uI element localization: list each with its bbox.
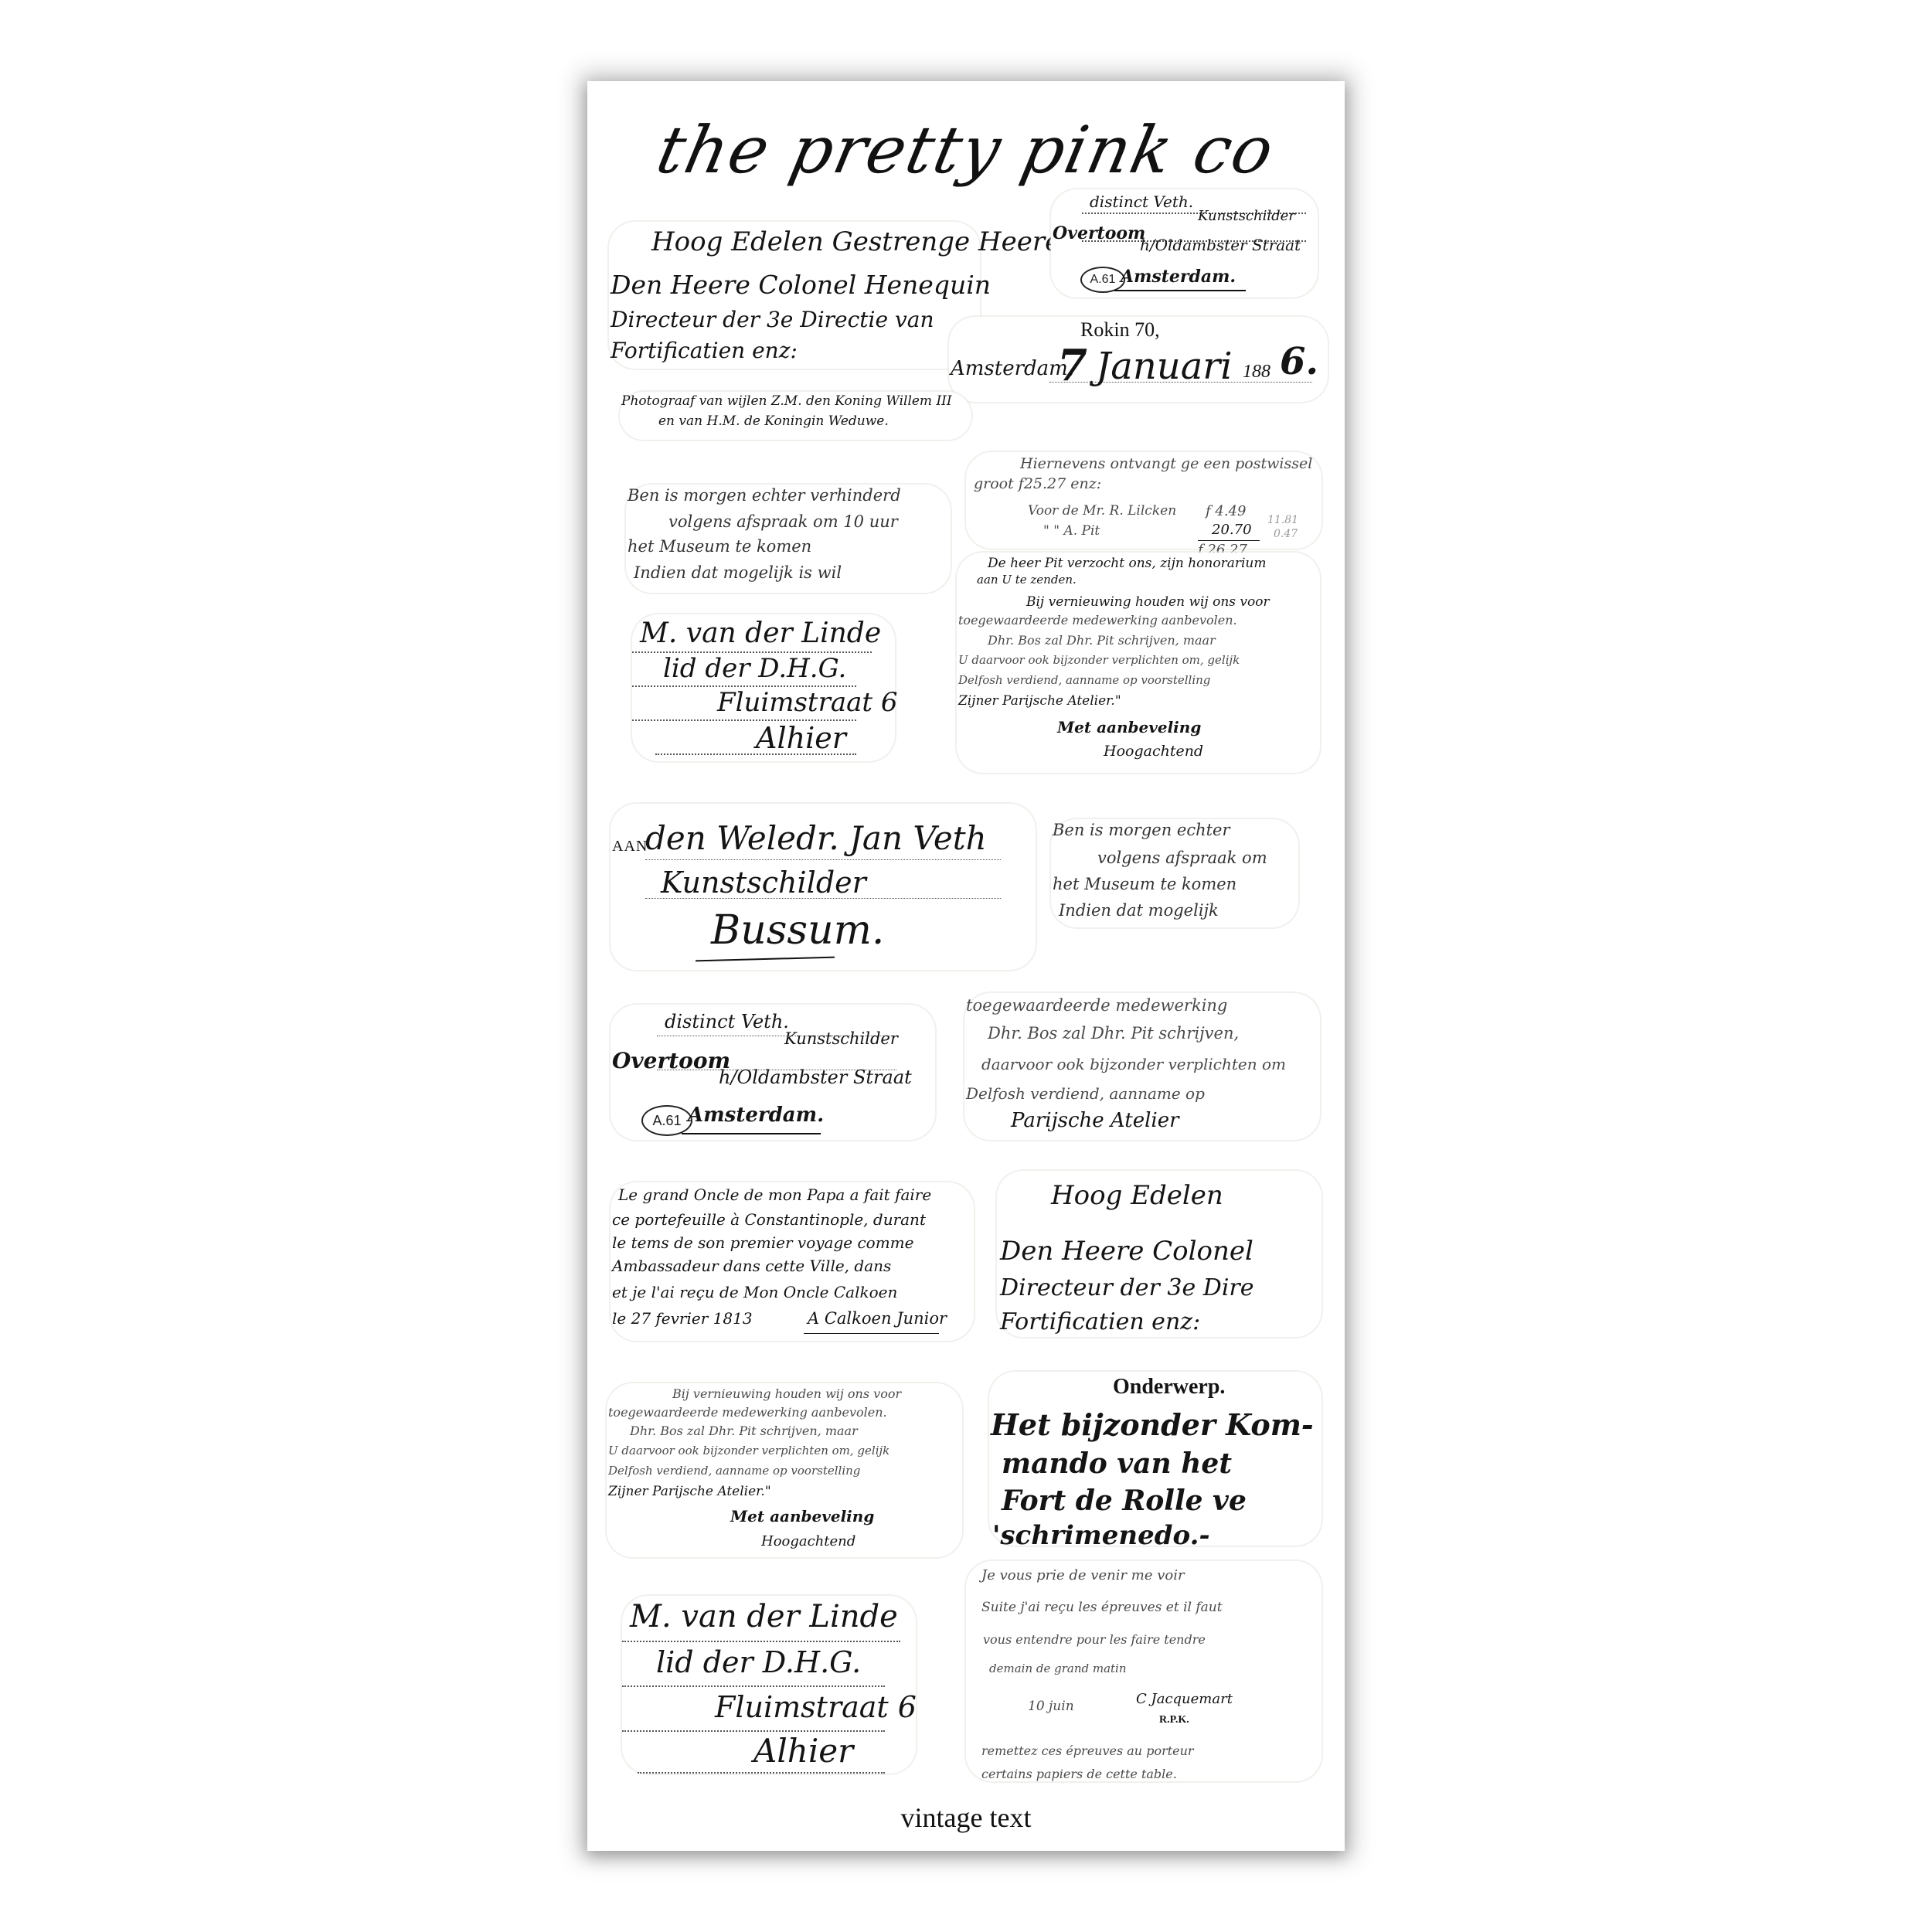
text-line: Kunstschilder [661, 866, 866, 900]
text-line: h/Oldambster Straat [1140, 236, 1301, 254]
text-line: Hoog Edelen [1051, 1180, 1223, 1211]
text-line: De heer Pit verzocht ons, zijn honorariu… [988, 556, 1267, 571]
side-note: 11.81 [1267, 514, 1298, 526]
city-text: Amsterdam, [951, 357, 1074, 380]
text-line: Fortificatien enz: [1000, 1308, 1200, 1335]
text-line: Ambassadeur dans cette Ville, dans [612, 1257, 891, 1275]
text-line: Ben is morgen echter verhinderd [628, 486, 901, 505]
sticker-address-repeat: distinct Veth. Kunstschilder Overtoom h/… [611, 1005, 935, 1140]
text-line: en van H.M. de Koningin Weduwe. [658, 413, 889, 429]
text-line: Suite j'ai reçu les épreuves et il faut [981, 1600, 1223, 1615]
text-line: M. van der Linde [640, 617, 881, 649]
year-prefix: 188 [1243, 362, 1270, 383]
text-line: Dhr. Bos zal Dhr. Pit schrijven, maar [630, 1423, 858, 1438]
text-line: h/Oldambster Straat [719, 1066, 912, 1088]
text-line: toegewaardeerde medewerking aanbevolen. [958, 613, 1237, 628]
signature: C Jacquemart [1136, 1691, 1233, 1707]
dotted-rule [638, 1772, 885, 1774]
date-text: 10 juin [1028, 1699, 1074, 1714]
text-line: Fort de Rolle ve [1002, 1485, 1247, 1517]
text-line: Directeur der 3e Directie van [611, 307, 934, 332]
text-line: le tems de son premier voyage comme [612, 1233, 913, 1252]
dotted-rule [622, 1685, 885, 1687]
text-line: het Museum te komen [1053, 875, 1236, 893]
sticker-hoog-edelen: Hoog Edelen Gestrenge Heere Den Heere Co… [609, 222, 980, 369]
text-line: Hoog Edelen Gestrenge Heere [651, 226, 1060, 257]
amount: f 4.49 [1206, 503, 1246, 519]
text-line: Hoogachtend [761, 1533, 855, 1549]
sticker-date-line: Rokin 70, Amsterdam, 7 Januari 188 6. [949, 317, 1328, 402]
month-text: Januari [1096, 345, 1233, 388]
text-line: Kunstschilder [784, 1029, 898, 1048]
text-line: Bussum. [711, 907, 884, 954]
sticker-toegewaardeerde: toegewaardeerde medewerking Dhr. Bos zal… [964, 993, 1320, 1140]
text-line: Voor de Mr. R. Lilcken [1028, 503, 1176, 519]
text-line: Bij vernieuwing houden wij ons voor [672, 1386, 901, 1401]
text-line: Den Heere Colonel Henequin [611, 270, 991, 300]
sticker-aan-address: AAN den Weledr. Jan Veth Kunstschilder B… [611, 804, 1036, 970]
text-line: Bij vernieuwing houden wij ons voor [1026, 594, 1270, 610]
sticker-grand-oncle: Le grand Oncle de mon Papa a fait faire … [611, 1182, 974, 1341]
text-line: et je l'ai reçu de Mon Oncle Calkoen [612, 1283, 897, 1301]
text-line: den Weledr. Jan Veth [645, 819, 987, 857]
text-line: Delfosh verdiend, aanname op voorstellin… [958, 673, 1210, 687]
text-line: Kunstschilder [1198, 208, 1295, 224]
underline [682, 1133, 821, 1134]
text-line: mando van het [1002, 1447, 1232, 1480]
sticker-ben-is: Ben is morgen echter verhinderd volgens … [626, 485, 951, 593]
text-line: Met aanbeveling [730, 1507, 874, 1526]
text-line: Dhr. Bos zal Dhr. Pit schrijven, [988, 1024, 1239, 1043]
text-line: Indien dat mogelijk [1059, 901, 1219, 920]
text-line: Parijsche Atelier [1011, 1109, 1179, 1132]
text-line: Delfosh verdiend, aanname op voorstellin… [608, 1464, 860, 1478]
text-line: Hoogachtend [1104, 743, 1203, 760]
text-line: het Museum te komen [628, 537, 811, 556]
sticker-onderwerp: Onderwerp. Het bijzonder Kom- mando van … [989, 1372, 1321, 1546]
sticker-bij-vernieuwing: Bij vernieuwing houden wij ons voor toeg… [607, 1383, 962, 1557]
text-line: Amsterdam. [688, 1104, 824, 1127]
text-line: Ben is morgen echter [1053, 821, 1230, 839]
sticker-van-der-linde-repeat: M. van der Linde lid der D.H.G. Fluimstr… [622, 1596, 916, 1774]
text-line: Directeur der 3e Dire [1000, 1274, 1254, 1301]
sticker-hoog-edelen-repeat: Hoog Edelen Den Heere Colonel Directeur … [997, 1171, 1321, 1337]
text-line: volgens afspraak om [1097, 849, 1267, 867]
text-line: U daarvoor ook bijzonder verplichten om,… [958, 653, 1240, 667]
underline [1114, 290, 1246, 291]
heading-text: Onderwerp. [1113, 1375, 1225, 1400]
text-line: Fortificatien enz: [611, 338, 798, 363]
dotted-rule [655, 753, 856, 755]
year-suffix: 6. [1280, 340, 1318, 383]
signature-flourish [804, 1333, 939, 1334]
text-line: certains papiers de cette table. [981, 1767, 1177, 1781]
sticker-photograaf: Photograaf van wijlen Z.M. den Koning Wi… [620, 392, 971, 440]
sticker-de-heer-pit: De heer Pit verzocht ons, zijn honorariu… [957, 553, 1320, 773]
text-line: Fluimstraat 6 [715, 1690, 917, 1724]
text-line: Alhier [753, 1732, 853, 1770]
text-line: 'schrimenedo.- [992, 1520, 1210, 1551]
text-line: Amsterdam. [1121, 267, 1236, 287]
text-line: le 27 fevrier 1813 [612, 1309, 753, 1328]
sticker-hiernevens: Hiernevens ontvangt ge een postwissel gr… [966, 452, 1321, 549]
sticker-van-der-linde: M. van der Linde lid der D.H.G. Fluimstr… [632, 614, 895, 761]
text-line: demain de grand matin [989, 1662, 1127, 1675]
text-line: distinct Veth. [1090, 192, 1193, 211]
postmark-stamp-icon: A.61 [641, 1105, 692, 1136]
text-line: Zijner Parijsche Atelier." [608, 1484, 771, 1499]
text-line: " " A. Pit [1043, 523, 1100, 539]
text-line: ce portefeuille à Constantinople, durant [612, 1210, 926, 1229]
text-line: Dhr. Bos zal Dhr. Pit schrijven, maar [988, 633, 1216, 648]
text-line: Delfosh verdiend, aanname op [966, 1084, 1205, 1103]
text-line: Indien dat mogelijk is wil [634, 563, 842, 582]
text-line: toegewaardeerde medewerking aanbevolen. [608, 1405, 887, 1420]
text-line: volgens afspraak om 10 uur [668, 512, 898, 531]
text-line: aan U te zenden. [977, 573, 1077, 587]
text-line: Hiernevens ontvangt ge een postwissel [1020, 455, 1312, 472]
sum-rule [1198, 540, 1260, 541]
dotted-rule [645, 898, 1001, 899]
text-line: Le grand Oncle de mon Papa a fait faire [618, 1185, 931, 1204]
text-line: Het bijzonder Kom- [991, 1407, 1314, 1442]
text-line: vous entendre pour les faire tendre [983, 1632, 1206, 1647]
sticker-sheet: the pretty pink co Hoog Edelen Gestrenge… [587, 81, 1345, 1851]
day-text: 7 [1057, 340, 1087, 391]
sticker-ben-is-short: Ben is morgen echter volgens afspraak om… [1051, 819, 1298, 927]
postmark-stamp-icon: A.61 [1080, 267, 1125, 293]
text-line: Je vous prie de venir me voir [981, 1567, 1185, 1583]
sticker-french-letter: Je vous prie de venir me voir Suite j'ai… [966, 1561, 1321, 1781]
text-line: Den Heere Colonel [1000, 1236, 1253, 1267]
text-line: daarvoor ook bijzonder verplichten om [981, 1055, 1286, 1073]
dotted-rule [645, 859, 1001, 860]
text-line: lid der D.H.G. [663, 653, 846, 684]
text-line: Alhier [756, 721, 846, 755]
sticker-address: distinct Veth. Kunstschilder Overtoom h/… [1051, 189, 1318, 298]
brand-title: the pretty pink co [580, 112, 1353, 188]
underline [696, 957, 835, 962]
text-line: Zijner Parijsche Atelier." [958, 693, 1121, 709]
text-line: U daarvoor ook bijzonder verplichten om,… [608, 1444, 889, 1458]
text-line: distinct Veth. [665, 1011, 789, 1032]
text-line: Photograaf van wijlen Z.M. den Koning Wi… [621, 393, 952, 409]
text-line: M. van der Linde [630, 1599, 898, 1634]
dotted-rule [622, 1641, 900, 1642]
aan-label: AAN [612, 838, 648, 855]
stamp-text: R.P.K. [1159, 1714, 1189, 1726]
text-line: groot f25.27 enz: [974, 475, 1101, 492]
amount: 20.70 [1212, 522, 1252, 538]
sheet-label: vintage text [587, 1801, 1345, 1834]
text-line: toegewaardeerde medewerking [966, 996, 1227, 1015]
side-note: 0.47 [1274, 528, 1298, 540]
street-text: Rokin 70, [1080, 318, 1160, 342]
text-line: Met aanbeveling [1057, 718, 1201, 736]
text-line: remettez ces épreuves au porteur [981, 1743, 1194, 1758]
text-line: lid der D.H.G. [656, 1645, 861, 1679]
signature: A Calkoen Junior [808, 1309, 947, 1328]
text-line: Fluimstraat 6 [717, 687, 897, 718]
